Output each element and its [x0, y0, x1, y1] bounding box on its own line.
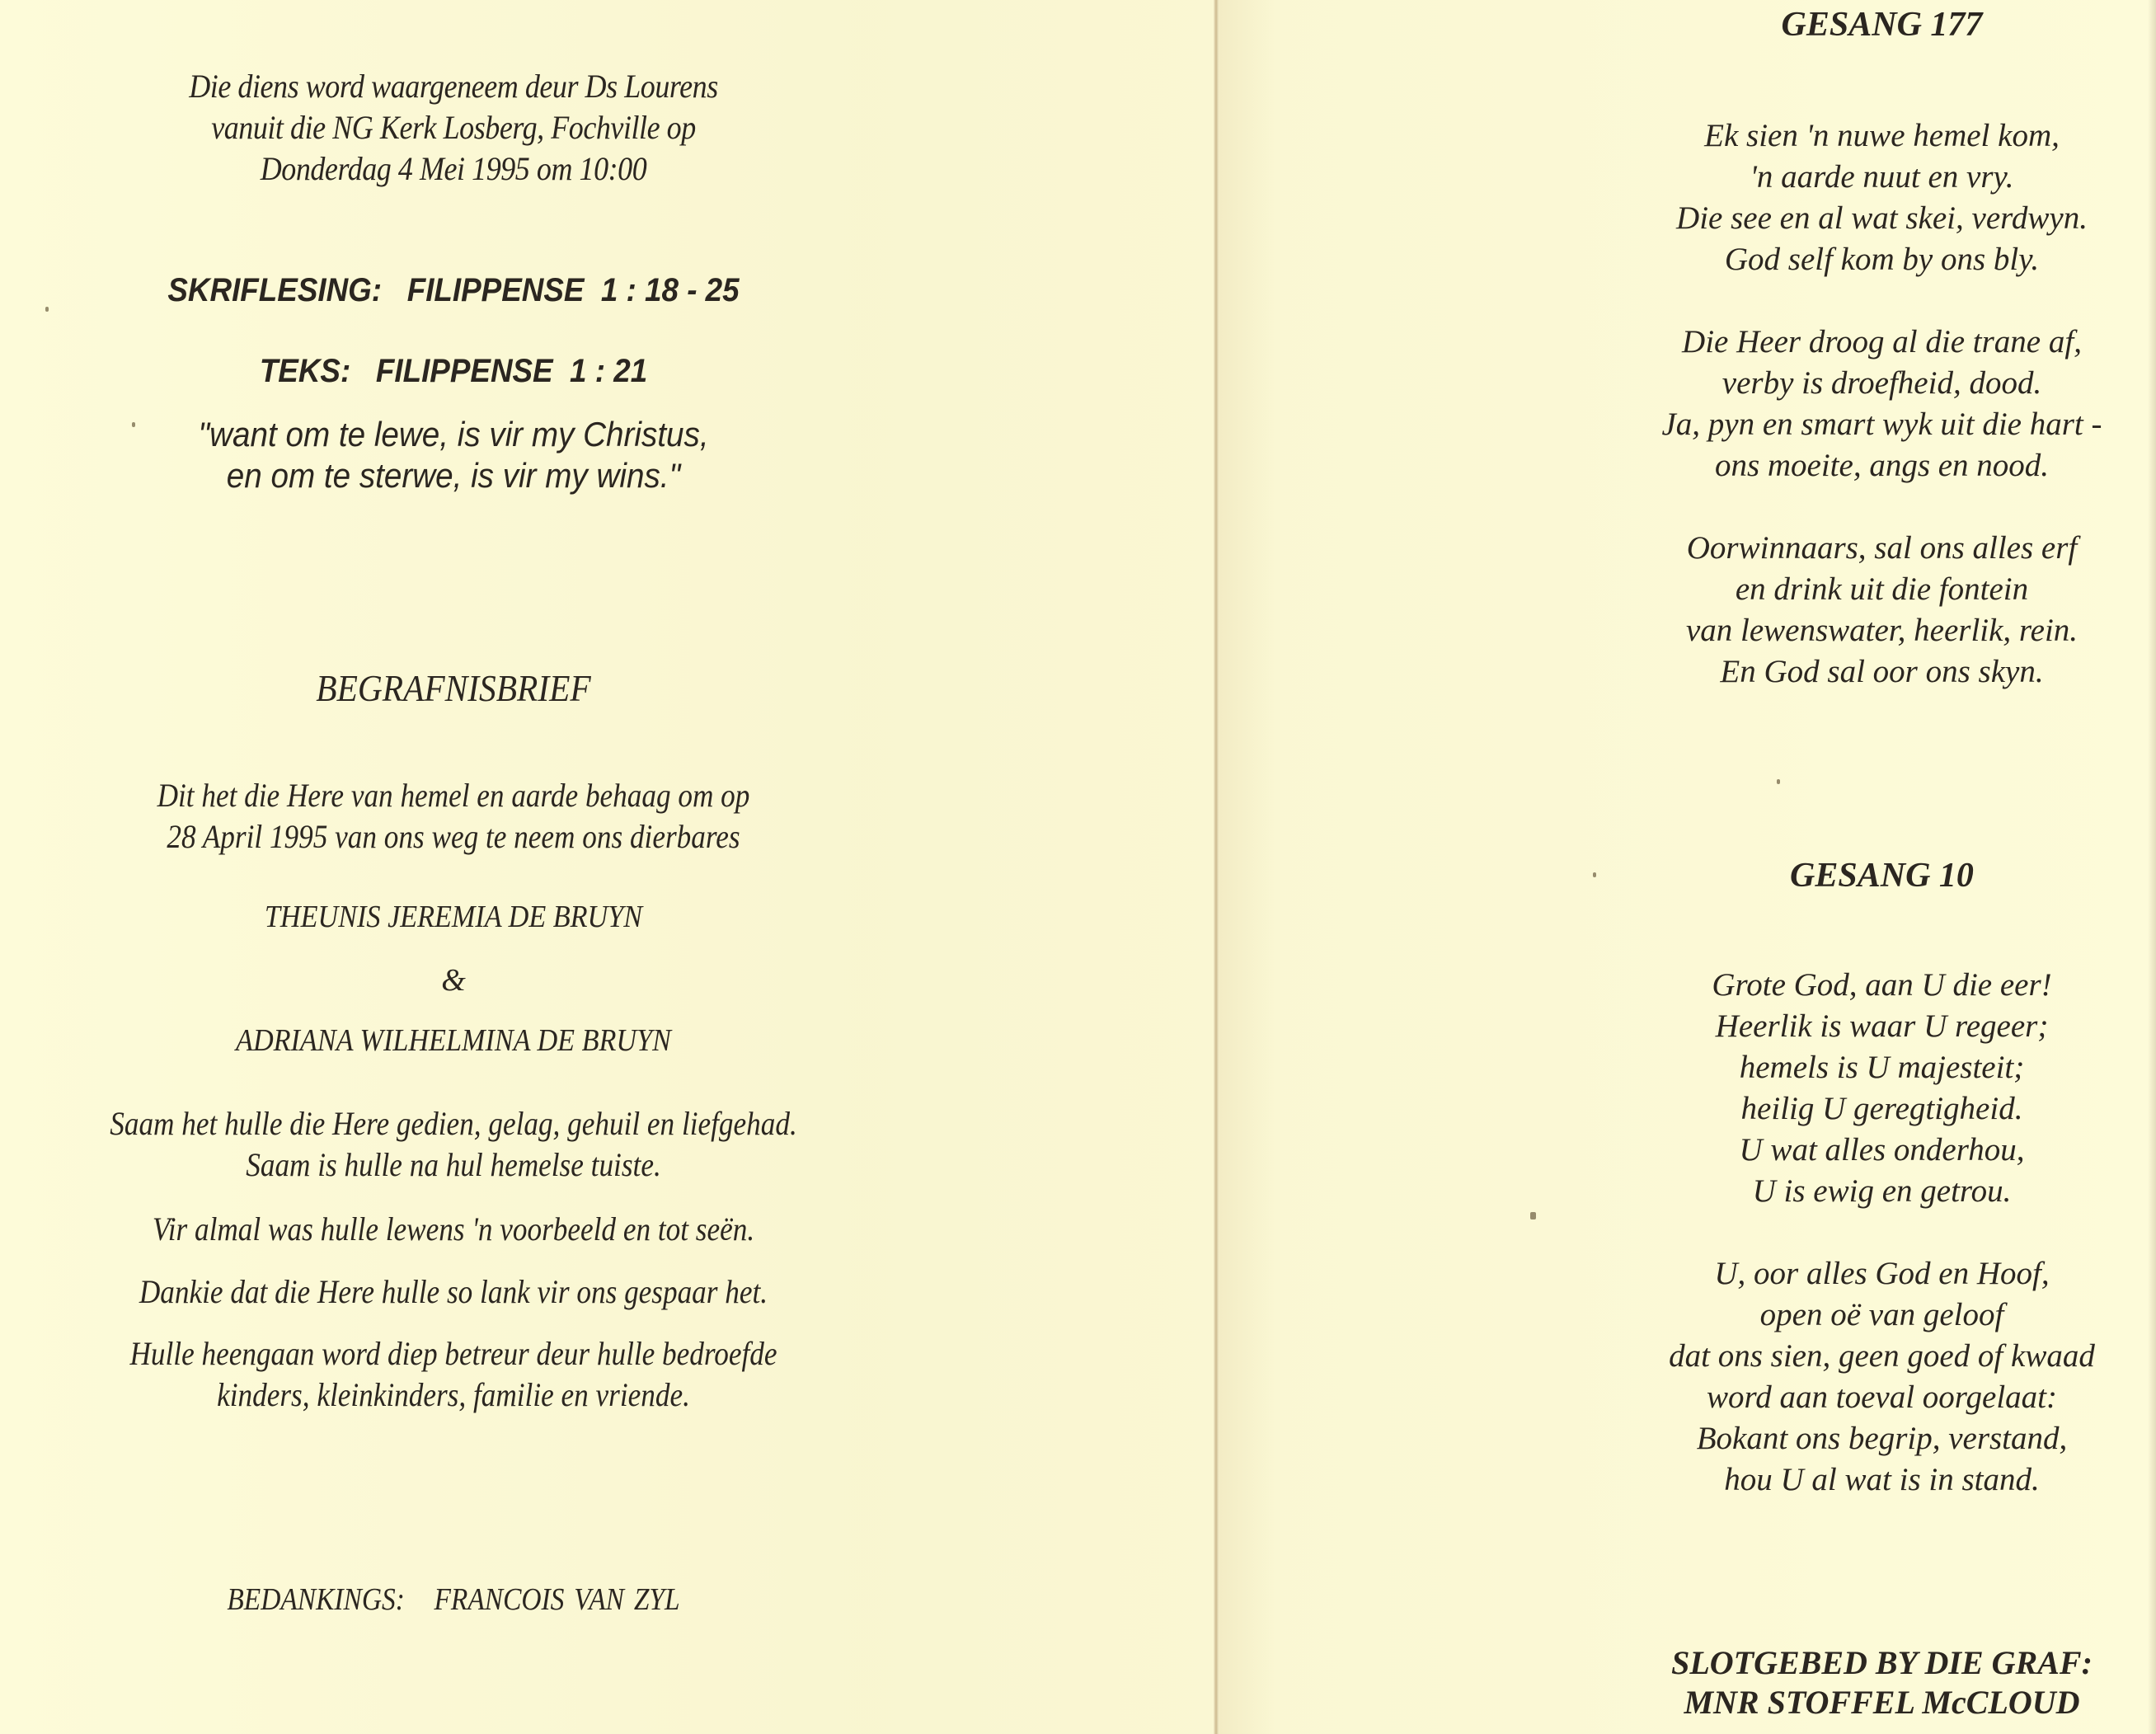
hymn-177-verse-2: Die Heer droog al die trane af, verby is…: [1608, 322, 2156, 486]
hymn-177-verse-1: Ek sien 'n nuwe hemel kom, 'n aarde nuut…: [1608, 115, 2156, 280]
left-page: Die diens word waargeneem deur Ds Louren…: [0, 0, 907, 1734]
verse-line: God self kom by ons bly.: [1608, 239, 2156, 280]
closing-prayer-person: MNR STOFFEL McCLOUD: [1608, 1683, 2156, 1722]
verse-line: En God sal oor ons skyn.: [1608, 651, 2156, 693]
verse-line: Die see en al wat skei, verdwyn.: [1608, 198, 2156, 239]
fold-shadow: [1219, 0, 1276, 1734]
ampersand: &: [0, 962, 907, 999]
verse-line: van lewenswater, heerlik, rein.: [1608, 610, 2156, 651]
thanks-paragraph: Dankie dat die Here hulle so lank vir on…: [54, 1272, 853, 1311]
verse-line: en drink uit die fontein: [1608, 569, 2156, 610]
scripture-reading: SKRIFLESING: FILIPPENSE 1 : 18 - 25: [36, 272, 871, 309]
hymn-title-177: GESANG 177: [1608, 5, 2156, 45]
ink-speck: [1530, 1212, 1536, 1219]
closing-prayer: SLOTGEBED BY DIE GRAF: MNR STOFFEL McCLO…: [1608, 1643, 2156, 1722]
verse-line: Ja, pyn en smart wyk uit die hart -: [1608, 404, 2156, 445]
sermon-text: TEKS: FILIPPENSE 1 : 21: [36, 353, 871, 390]
verse-line: word aan toeval oorgelaat:: [1608, 1377, 2156, 1418]
verse-line: dat ons sien, geen goed of kwaad: [1608, 1336, 2156, 1377]
mourners-paragraph: Hulle heengaan word diep betreur deur hu…: [54, 1333, 853, 1416]
tribute-paragraph: Saam het hulle die Here gedien, gelag, g…: [54, 1103, 853, 1186]
quote-line: en om te sterwe, is vir my wins.": [36, 455, 871, 496]
service-intro-line: Donderdag 4 Mei 1995 om 10:00: [45, 148, 862, 190]
verse-line: U, oor alles God en Hoof,: [1608, 1253, 2156, 1295]
verse-line: Die Heer droog al die trane af,: [1608, 322, 2156, 363]
deceased-name-2: ADRIANA WILHELMINA DE BRUYN: [45, 1022, 862, 1059]
verse-line: heilig U geregtigheid.: [1608, 1088, 2156, 1130]
verse-line: Heerlik is waar U regeer;: [1608, 1006, 2156, 1047]
verse-line: open oë van geloof: [1608, 1295, 2156, 1336]
verse-line: Grote God, aan U die eer!: [1608, 965, 2156, 1006]
verse-line: Oorwinnaars, sal ons alles erf: [1608, 528, 2156, 569]
mourners-line: kinders, kleinkinders, familie en vriend…: [54, 1375, 853, 1416]
service-intro-line: Die diens word waargeneem deur Ds Louren…: [45, 66, 862, 107]
verse-line: U wat alles onderhou,: [1608, 1130, 2156, 1171]
ink-speck: [1593, 872, 1596, 877]
verse-line: 'n aarde nuut en vry.: [1608, 157, 2156, 198]
announcement-line: Dit het die Here van hemel en aarde beha…: [54, 775, 853, 816]
verse-line: ons moeite, angs en nood.: [1608, 445, 2156, 486]
hymn-title-10: GESANG 10: [1608, 856, 2156, 895]
example-paragraph: Vir almal was hulle lewens 'n voorbeeld …: [54, 1210, 853, 1248]
closing-prayer-heading: SLOTGEBED BY DIE GRAF:: [1608, 1643, 2156, 1683]
tribute-line: Saam is hulle na hul hemelse tuiste.: [54, 1144, 853, 1186]
hymn-177-verse-3: Oorwinnaars, sal ons alles erf en drink …: [1608, 528, 2156, 693]
sermon-text-reference: TEKS: FILIPPENSE 1 : 21: [36, 353, 871, 390]
verse-line: Bokant ons begrip, verstand,: [1608, 1418, 2156, 1459]
deceased-name-1: THEUNIS JEREMIA DE BRUYN: [45, 899, 862, 935]
acknowledgements: BEDANKINGS: FRANCOIS VAN ZYL: [54, 1581, 853, 1618]
service-intro: Die diens word waargeneem deur Ds Louren…: [45, 66, 862, 190]
service-intro-line: vanuit die NG Kerk Losberg, Fochville op: [45, 107, 862, 148]
verse-line: verby is droefheid, dood.: [1608, 363, 2156, 404]
mourners-line: Hulle heengaan word diep betreur deur hu…: [54, 1333, 853, 1375]
right-page: GESANG 177 Ek sien 'n nuwe hemel kom, 'n…: [1608, 0, 2156, 1734]
tribute-line: Saam het hulle die Here gedien, gelag, g…: [54, 1103, 853, 1144]
announcement-line: 28 April 1995 van ons weg te neem ons di…: [54, 816, 853, 858]
verse-line: hemels is U majesteit;: [1608, 1047, 2156, 1088]
quote-line: "want om te lewe, is vir my Christus,: [36, 414, 871, 455]
hymn-10-verse-2: U, oor alles God en Hoof, open oë van ge…: [1608, 1253, 2156, 1501]
verse-line: U is ewig en getrou.: [1608, 1171, 2156, 1212]
page-title: BEGRAFNISBRIEF: [45, 666, 862, 710]
scripture-quote: "want om te lewe, is vir my Christus, en…: [36, 414, 871, 496]
announcement: Dit het die Here van hemel en aarde beha…: [54, 775, 853, 858]
verse-line: Ek sien 'n nuwe hemel kom,: [1608, 115, 2156, 157]
hymn-10-verse-1: Grote God, aan U die eer! Heerlik is waa…: [1608, 965, 2156, 1212]
verse-line: hou U al wat is in stand.: [1608, 1459, 2156, 1501]
scripture-reading-text: SKRIFLESING: FILIPPENSE 1 : 18 - 25: [36, 272, 871, 309]
